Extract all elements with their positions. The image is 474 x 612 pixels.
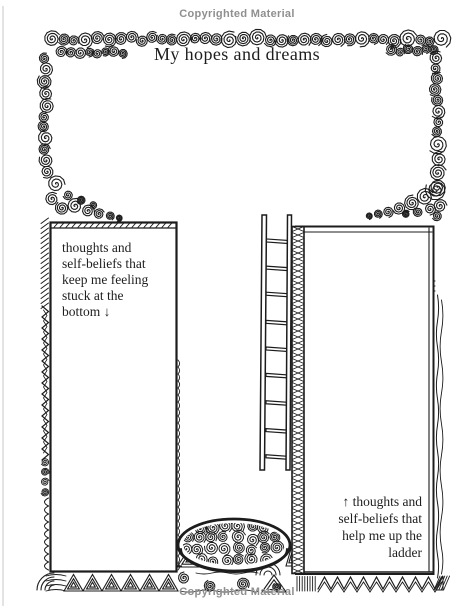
caption-line-down-arrow: bottom ↓ [62,304,148,320]
page-title: My hopes and dreams [0,44,474,65]
copyright-notice-bottom: Copyrighted Material [0,586,474,598]
caption-line-up-arrow: ↑ thoughts and [338,493,422,510]
left-box-caption: thoughts and self-beliefs that keep me f… [62,240,148,320]
caption-line: self-beliefs that [338,510,422,527]
caption-line: help me up the [338,527,422,544]
caption-line: self-beliefs that [62,256,148,272]
right-box-caption: ↑ thoughts and self-beliefs that help me… [338,493,422,561]
caption-line: thoughts and [62,240,148,256]
caption-line: keep me feeling [62,272,148,288]
caption-line: stuck at the [62,288,148,304]
ladder-icon [260,215,292,470]
journal-page: Copyrighted Material My hopes and dreams… [0,0,474,612]
caption-line: ladder [338,544,422,561]
spiral-pit-icon [178,519,290,572]
